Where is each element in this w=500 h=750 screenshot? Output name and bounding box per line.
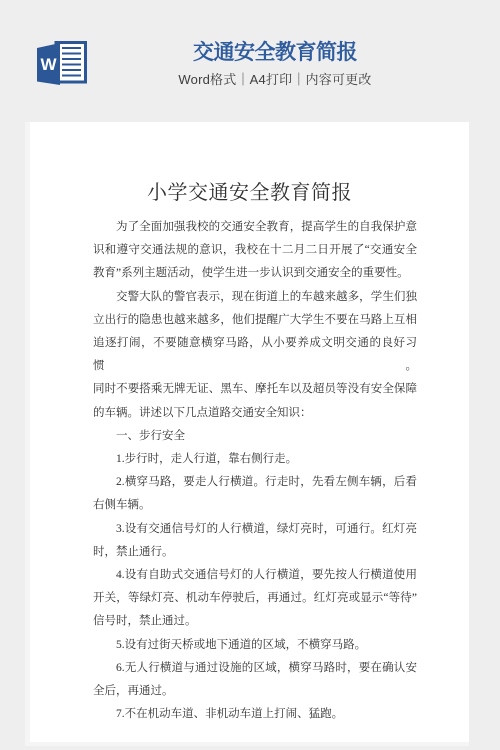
- document-line: 为了全面加强我校的交通安全教育，提高学生的自我保护意: [93, 216, 417, 239]
- page-title: 交通安全教育简报: [50, 40, 500, 66]
- document-line: 7.不在机动车道、非机动车道上打闹、猛跑。: [93, 703, 417, 726]
- document-line: 立出行的隐患也越来越多，他们提醒广大学生不要在马路上互相: [93, 309, 417, 332]
- document-line: 同时不要搭乘无牌无证、黑车、摩托车以及超员等没有安全保障: [93, 378, 417, 401]
- document-line: 5.设有过街天桥或地下通道的区域，不横穿马路。: [93, 634, 417, 657]
- document-title: 小学交通安全教育简报: [30, 179, 469, 207]
- document-line: 3.设有交通信号灯的人行横道，绿灯亮时，可通行。红灯亮: [93, 518, 417, 541]
- document-line: 时，禁止通行。: [93, 541, 417, 564]
- page-subtitle: Word格式｜A4打印｜内容可更改: [50, 72, 500, 88]
- document-line: 2.横穿马路，要走人行横道。行走时，先看左侧车辆，后看: [93, 471, 417, 494]
- document-line: 识和遵守交通法规的意识，我校在十二月二日开展了“交通安全: [93, 239, 417, 262]
- header-text: 交通安全教育简报 Word格式｜A4打印｜内容可更改: [50, 40, 500, 88]
- document-body: 为了全面加强我校的交通安全教育，提高学生的自我保护意识和遵守交通法规的意识，我校…: [93, 216, 417, 726]
- document-line: 教育”系列主题活动，使学生进一步认识到交通安全的重要性。: [93, 262, 417, 285]
- document-line: 一、步行安全: [93, 425, 417, 448]
- header: W 交通安全教育简报 Word格式｜A4打印｜内容可更改: [0, 0, 500, 122]
- document-line: 的车辆。讲述以下几点道路交通安全知识：: [93, 402, 417, 425]
- document-line: 1.步行时，走人行道，靠右侧行走。: [93, 448, 417, 471]
- document-line: 6.无人行横道与通过设施的区域，横穿马路时，要在确认安: [93, 657, 417, 680]
- document-page: 小学交通安全教育简报 为了全面加强我校的交通安全教育，提高学生的自我保护意识和遵…: [30, 122, 469, 742]
- document-line: 交警大队的警官表示，现在街道上的车越来越多，学生们独: [93, 286, 417, 309]
- document-line: 信号时，禁止通过。: [93, 610, 417, 633]
- document-line: 追逐打闹，不要随意横穿马路，从小要养成文明交通的良好习惯。: [93, 332, 417, 378]
- document-line: 4.设有自助式交通信号灯的人行横道，要先按人行横道使用: [93, 564, 417, 587]
- template-preview: W 交通安全教育简报 Word格式｜A4打印｜内容可更改 小学交通安全教育简报 …: [0, 0, 500, 750]
- document-line: 开关，等绿灯亮、机动车停驶后，再通过。红灯亮或显示“等待”: [93, 587, 417, 610]
- document-line: 右侧车辆。: [93, 494, 417, 517]
- document-line: 全后，再通过。: [93, 680, 417, 703]
